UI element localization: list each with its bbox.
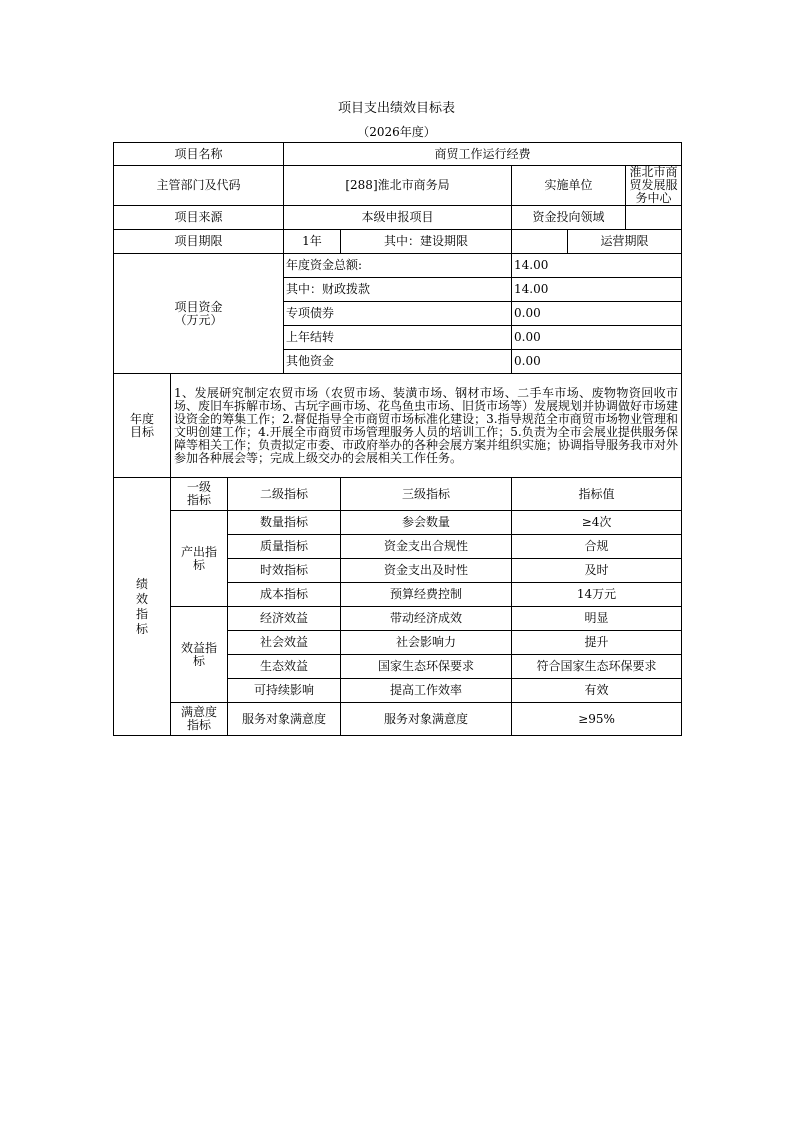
fund-row-label: 其中：财政拨款	[284, 278, 512, 302]
level2-cell: 经济效益	[228, 607, 341, 631]
indicator-row: 满意度 指标 服务对象满意度 服务对象满意度 ≥95%	[114, 703, 682, 736]
department-label: 主管部门及代码	[114, 166, 284, 206]
level2-cell: 社会效益	[228, 631, 341, 655]
row-source: 项目来源 本级申报项目 资金投向领域	[114, 206, 682, 230]
annual-goal-label: 年度 目标	[114, 374, 171, 478]
construction-period-label: 其中：建设期限	[341, 230, 512, 254]
department-value: [288]淮北市商务局	[284, 166, 512, 206]
fund-row-value: 0.00	[512, 350, 682, 374]
fund-row-label: 年度资金总额:	[284, 254, 512, 278]
fund-row-value: 14.00	[512, 254, 682, 278]
level2-cell: 成本指标	[228, 583, 341, 607]
period-label: 项目期限	[114, 230, 284, 254]
project-name-value: 商贸工作运行经费	[284, 143, 682, 166]
level1-output-line2: 标	[173, 559, 225, 572]
row-department: 主管部门及代码 [288]淮北市商务局 实施单位 淮北市商贸发展服务中心	[114, 166, 682, 206]
level3-cell: 国家生态环保要求	[341, 655, 512, 679]
row-annual-goal: 年度 目标 1、发展研究制定农贸市场（农贸市场、装潢市场、钢材市场、二手车市场、…	[114, 374, 682, 478]
level3-cell: 服务对象满意度	[341, 703, 512, 736]
impl-unit-label: 实施单位	[512, 166, 626, 206]
level1-benefit: 效益指 标	[171, 607, 228, 703]
level2-cell: 时效指标	[228, 559, 341, 583]
operation-period-label: 运营期限	[568, 230, 682, 254]
level1-satisfaction: 满意度 指标	[171, 703, 228, 736]
value-cell: 符合国家生态环保要求	[512, 655, 682, 679]
level3-cell: 预算经费控制	[341, 583, 512, 607]
funds-label-line1: 项目资金	[116, 301, 281, 314]
performance-goal-table: 项目名称 商贸工作运行经费 主管部门及代码 [288]淮北市商务局 实施单位 淮…	[113, 142, 682, 736]
annual-goal-label-line2: 目标	[116, 426, 168, 439]
level1-benefit-line2: 标	[173, 655, 225, 668]
header-level3: 三级指标	[341, 478, 512, 511]
fund-row-value: 14.00	[512, 278, 682, 302]
annual-goal-text: 1、发展研究制定农贸市场（农贸市场、装潢市场、钢材市场、二手车市场、废物物资回收…	[171, 374, 682, 478]
construction-period-value	[512, 230, 568, 254]
level1-benefit-line1: 效益指	[173, 642, 225, 655]
level3-cell: 参会数量	[341, 511, 512, 535]
value-cell: 及时	[512, 559, 682, 583]
level2-cell: 质量指标	[228, 535, 341, 559]
level3-cell: 提高工作效率	[341, 679, 512, 703]
source-label: 项目来源	[114, 206, 284, 230]
value-cell: 明显	[512, 607, 682, 631]
indicator-row: 效益指 标 经济效益 带动经济成效 明显	[114, 607, 682, 631]
fund-row-label: 专项债券	[284, 302, 512, 326]
level2-cell: 数量指标	[228, 511, 341, 535]
level2-cell: 服务对象满意度	[228, 703, 341, 736]
indicator-section-text: 绩效指标	[135, 577, 149, 637]
value-cell: 14万元	[512, 583, 682, 607]
fund-row-value: 0.00	[512, 326, 682, 350]
impl-unit-value: 淮北市商贸发展服务中心	[626, 166, 682, 206]
header-level1-line2: 指标	[173, 494, 225, 507]
level3-cell: 资金支出合规性	[341, 535, 512, 559]
header-value: 指标值	[512, 478, 682, 511]
funds-label-line2: （万元）	[116, 314, 281, 327]
document-title: 项目支出绩效目标表	[0, 97, 793, 116]
invest-field-label: 资金投向领域	[512, 206, 626, 230]
project-name-label: 项目名称	[114, 143, 284, 166]
indicator-row: 产出指 标 数量指标 参会数量 ≥4次	[114, 511, 682, 535]
value-cell: 提升	[512, 631, 682, 655]
level2-cell: 可持续影响	[228, 679, 341, 703]
fund-row-value: 0.00	[512, 302, 682, 326]
value-cell: 有效	[512, 679, 682, 703]
annual-goal-label-line1: 年度	[116, 413, 168, 426]
period-value: 1年	[284, 230, 341, 254]
fund-row-label: 上年结转	[284, 326, 512, 350]
header-level1: 一级 指标	[171, 478, 228, 511]
level3-cell: 资金支出及时性	[341, 559, 512, 583]
level1-output-line1: 产出指	[173, 546, 225, 559]
row-indicator-header: 绩效指标 一级 指标 二级指标 三级指标 指标值	[114, 478, 682, 511]
level2-cell: 生态效益	[228, 655, 341, 679]
invest-field-value	[626, 206, 682, 230]
level3-cell: 社会影响力	[341, 631, 512, 655]
value-cell: ≥4次	[512, 511, 682, 535]
header-level2: 二级指标	[228, 478, 341, 511]
row-project-name: 项目名称 商贸工作运行经费	[114, 143, 682, 166]
value-cell: 合规	[512, 535, 682, 559]
row-fund-total: 项目资金 （万元） 年度资金总额: 14.00	[114, 254, 682, 278]
level1-satisfaction-line2: 指标	[173, 719, 225, 732]
indicator-section-label: 绩效指标	[114, 478, 171, 736]
value-cell: ≥95%	[512, 703, 682, 736]
funds-label: 项目资金 （万元）	[114, 254, 284, 374]
row-period: 项目期限 1年 其中：建设期限 运营期限	[114, 230, 682, 254]
source-value: 本级申报项目	[284, 206, 512, 230]
level3-cell: 带动经济成效	[341, 607, 512, 631]
level1-output: 产出指 标	[171, 511, 228, 607]
fund-row-label: 其他资金	[284, 350, 512, 374]
document-year: （2026年度）	[0, 123, 793, 140]
